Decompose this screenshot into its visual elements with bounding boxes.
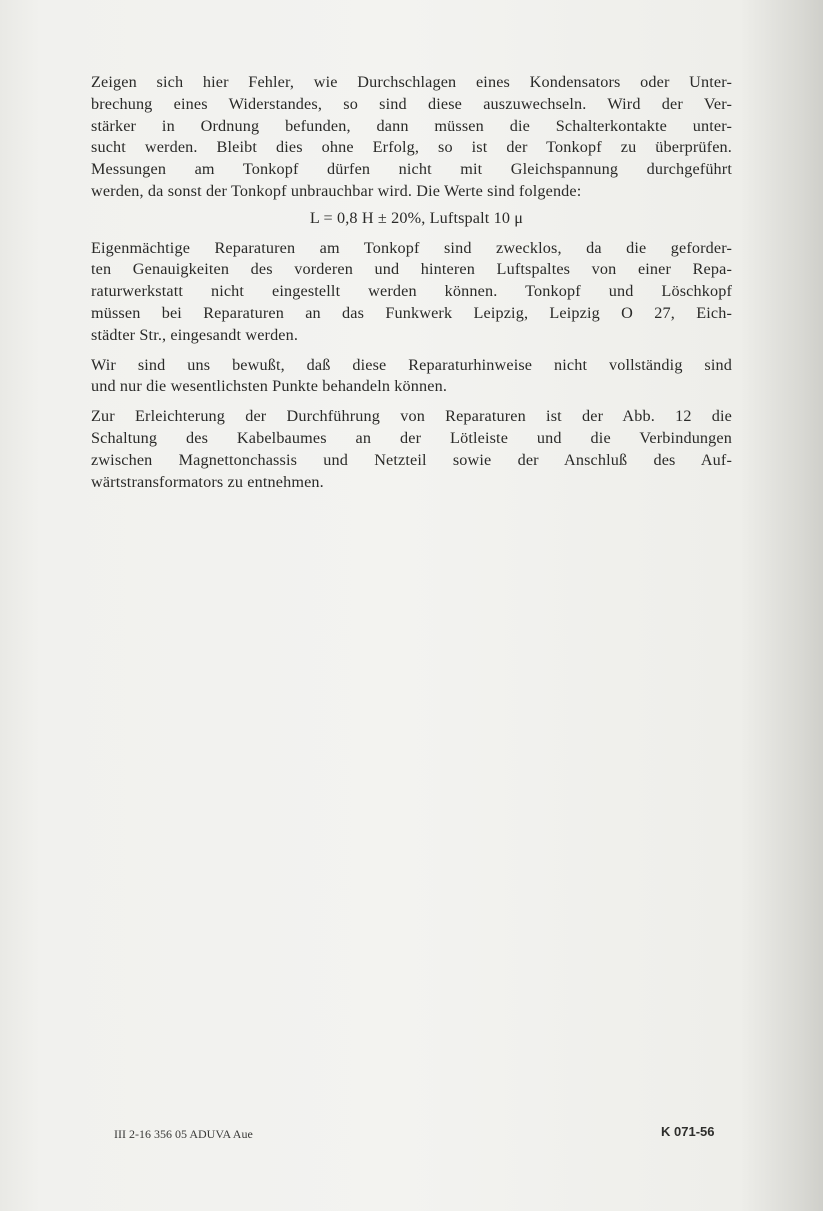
text-line: ten Genauigkeiten des vorderen und hinte… xyxy=(91,259,732,281)
text-line: zwischen Magnettonchassis und Netzteil s… xyxy=(91,450,732,472)
paragraph-wiring-reference: Zur Erleichterung der Durchführung von R… xyxy=(91,406,732,493)
text-line: Zeigen sich hier Fehler, wie Durchschlag… xyxy=(91,72,732,94)
paragraph-fault-check: Zeigen sich hier Fehler, wie Durchschlag… xyxy=(91,72,732,203)
text-line: Wir sind uns bewußt, daß diese Reparatur… xyxy=(91,355,732,377)
text-line: und nur die wesentlichsten Punkte behand… xyxy=(91,376,732,398)
paragraph-repairs: Eigenmächtige Reparaturen am Tonkopf sin… xyxy=(91,238,732,347)
text-line: sucht werden. Bleibt dies ohne Erfolg, s… xyxy=(91,137,732,159)
document-page: Zeigen sich hier Fehler, wie Durchschlag… xyxy=(0,0,823,1211)
text-line: raturwerkstatt nicht eingestellt werden … xyxy=(91,281,732,303)
text-line: wärtstransformators zu entnehmen. xyxy=(91,472,732,494)
paragraph-disclaimer: Wir sind uns bewußt, daß diese Reparatur… xyxy=(91,355,732,399)
print-code: III 2-16 356 05 ADUVA Aue xyxy=(114,1127,253,1142)
document-number: K 071-56 xyxy=(661,1124,714,1139)
text-line: müssen bei Reparaturen an das Funkwerk L… xyxy=(91,303,732,325)
body-text: Zeigen sich hier Fehler, wie Durchschlag… xyxy=(91,72,732,493)
text-line: Zur Erleichterung der Durchführung von R… xyxy=(91,406,732,428)
formula-values: L = 0,8 H ± 20%, Luftspalt 10 μ xyxy=(91,208,732,230)
text-line: werden, da sonst der Tonkopf unbrauchbar… xyxy=(91,181,732,203)
text-line: Schaltung des Kabelbaumes an der Lötleis… xyxy=(91,428,732,450)
text-line: Messungen am Tonkopf dürfen nicht mit Gl… xyxy=(91,159,732,181)
text-line: stärker in Ordnung befunden, dann müssen… xyxy=(91,116,732,138)
text-line: Eigenmächtige Reparaturen am Tonkopf sin… xyxy=(91,238,732,260)
text-line: städter Str., eingesandt werden. xyxy=(91,325,732,347)
text-line: brechung eines Widerstandes, so sind die… xyxy=(91,94,732,116)
